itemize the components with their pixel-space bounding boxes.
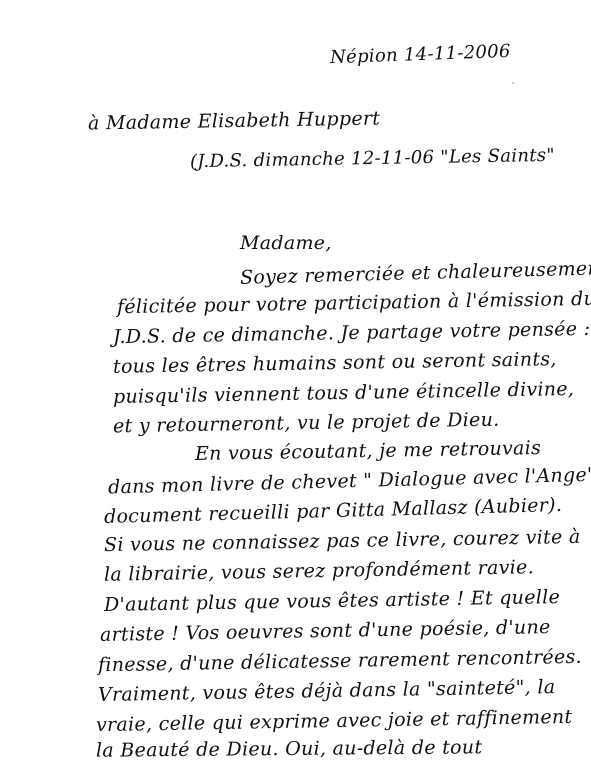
- body-line: En vous écoutant, je me retrouvais: [195, 437, 541, 465]
- body-line: et y retourneront, vu le projet de Dieu.: [113, 409, 500, 438]
- body-line: puisqu'ils viennent tous d'une étincelle…: [113, 378, 575, 408]
- body-line: dans mon livre de chevet " Dialogue avec…: [108, 464, 591, 499]
- body-line: Vraiment, vous êtes déjà dans la "sainte…: [98, 676, 556, 706]
- place-date: Népion 14-11-2006: [330, 41, 511, 69]
- body-line: tous les êtres humains sont ou seront sa…: [113, 348, 557, 378]
- scan-speck: [512, 82, 514, 84]
- reference-line: (J.D.S. dimanche 12-11-06 "Les Saints": [190, 145, 555, 173]
- body-line: document recueilli par Gitta Mallasz (Au…: [104, 494, 563, 528]
- salutation: Madame,: [240, 232, 332, 254]
- body-line: Soyez remerciée et chaleureusement: [240, 257, 591, 289]
- recipient-line: à Madame Elisabeth Huppert: [88, 107, 381, 134]
- scan-speck: [470, 600, 472, 602]
- body-line: J.D.S. de ce dimanche. Je partage votre …: [113, 318, 591, 348]
- body-line: félicitée pour votre participation à l'é…: [117, 288, 591, 318]
- body-line: finesse, d'une délicatesse rarement renc…: [98, 646, 582, 676]
- body-line: D'autant plus que vous êtes artiste ! Et…: [104, 586, 560, 616]
- handwritten-letter-page: Népion 14-11-2006 à Madame Elisabeth Hup…: [0, 0, 591, 764]
- body-line: la Beauté de Dieu. Oui, au-delà de tout: [96, 736, 483, 761]
- body-line: vraie, celle qui exprime avec joie et ra…: [96, 706, 573, 736]
- body-line: la librairie, vous serez profondément ra…: [104, 556, 534, 586]
- body-line: artiste ! Vos oeuvres sont d'une poésie,…: [100, 616, 551, 646]
- body-line: Si vous ne connaissez pas ce livre, cour…: [104, 526, 581, 556]
